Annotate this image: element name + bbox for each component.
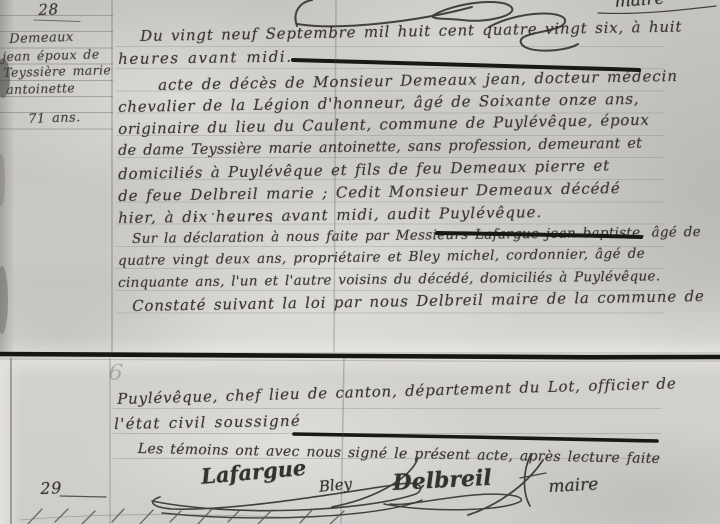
- manuscript-line: Puylévêque, chef lieu de canton, départe…: [117, 374, 677, 408]
- margin-deceased-name-line: antoinette: [6, 80, 75, 97]
- manuscript-line: Du vingt neuf Septembre mil huit cent qu…: [140, 18, 682, 45]
- manuscript-line: cinquante ans, l'un et l'autre voisins d…: [118, 268, 660, 291]
- manuscript-line: l'état civil soussigné: [114, 412, 301, 433]
- manuscript-line: heures avant midi.: [118, 48, 293, 68]
- manuscript-line: de dame Teyssière marie antoinette, sans…: [118, 136, 642, 159]
- manuscript-line: Constaté suivant la loi par nous Delbrei…: [132, 287, 705, 315]
- manuscript-line: quatre vingt deux ans, propriétaire et B…: [118, 246, 645, 269]
- civil-register-scan: maire 28 Demeaux jean époux de Teyssière…: [0, 0, 720, 524]
- register-fragment-act-28: maire 28 Demeaux jean époux de Teyssière…: [0, 0, 720, 352]
- margin-deceased-name-line: Demeaux: [9, 30, 74, 47]
- signature-witness2: Bley: [318, 475, 353, 496]
- margin-deceased-name-line: Teyssière marie: [3, 62, 111, 80]
- register-fragment-act-28-continuation: 6 Puylévêque, chef lieu de canton, dépar…: [0, 358, 720, 524]
- manuscript-line: originaire du lieu du Caulent, commune d…: [118, 111, 650, 138]
- signature-officer-name: Delbreil: [392, 465, 492, 496]
- manuscript-line: de feue Delbreil marie ; Cedit Monsieur …: [118, 179, 621, 205]
- signature-witness1: Lafargue: [200, 455, 307, 489]
- pencil-mark: 6: [107, 360, 124, 386]
- act-number: 28: [38, 0, 59, 19]
- act-number-next: 29: [40, 478, 62, 498]
- signature-officer-title: maire: [548, 474, 599, 497]
- manuscript-line: hier, à dix heures avant midi, audit Puy…: [118, 203, 542, 227]
- margin-deceased-name-line: jean époux de: [2, 46, 100, 64]
- manuscript-line: domiciliés à Puylévêque et fils de feu D…: [118, 156, 610, 183]
- manuscript-line: Sur la déclaration à nous faite par Mess…: [132, 224, 701, 247]
- previous-act-signature-title: maire: [614, 0, 665, 12]
- margin-age-note: 71 ans.: [28, 110, 81, 127]
